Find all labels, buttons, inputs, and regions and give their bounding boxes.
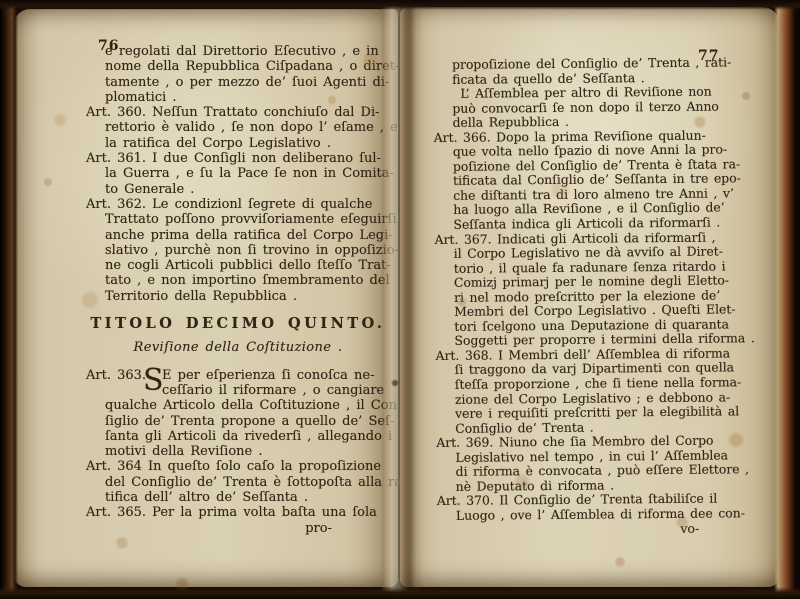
text-line: Art. 365. Per la prima volta baſta una ſ…	[86, 505, 390, 520]
dropcap-paragraph: Art. 363.SE per eſperienza ſi conoſca ne…	[86, 368, 390, 399]
right-fore-edge	[774, 0, 800, 599]
catchword: pro-	[86, 521, 390, 536]
text-line: qualche Articolo della Coſtituzione , il…	[86, 398, 390, 413]
text-line: tamente , o per mezzo de’ ſuoi Agenti di…	[86, 75, 390, 90]
right-page: 77 propoſizione del Conſiglio de’ Trenta…	[400, 7, 780, 587]
top-book-edge	[0, 0, 800, 10]
left-page: 76 e regolati dal Direttorio Eſecutivo ,…	[14, 9, 398, 587]
text-line: del Conſiglio de’ Trenta è ſottopoſta al…	[86, 475, 390, 490]
text-line: e regolati dal Direttorio Eſecutivo , e …	[86, 44, 390, 59]
left-page-text: e regolati dal Direttorio Eſecutivo , e …	[86, 44, 390, 536]
open-book-photo: 76 e regolati dal Direttorio Eſecutivo ,…	[0, 0, 800, 599]
text-line: slativo , purchè non ſi trovino in oppoſ…	[86, 243, 390, 258]
drop-cap-letter: S	[143, 365, 164, 397]
article-label: Art. 363.	[86, 368, 146, 383]
section-heading: TITOLO DECIMO QUINTO.	[86, 316, 390, 331]
right-page-text: propoſizione del Conſiglio de’ Trenta , …	[433, 55, 775, 538]
text-line: Territorio della Repubblica .	[86, 289, 390, 304]
text-line: plomatici .	[86, 90, 390, 105]
left-binding-edge	[0, 0, 18, 599]
text-line: la ratifica del Corpo Legislativo .	[86, 136, 390, 151]
text-line: ne cogli Articoli pubblici dello ſteſſo …	[86, 258, 390, 273]
text-line: tifica dell’ altro de’ Seſſanta .	[86, 490, 390, 505]
text-line: to Generale .	[86, 182, 390, 197]
bottom-book-edge	[0, 587, 800, 599]
text-line: tato , e non importino ſmembramento del	[86, 273, 390, 288]
catchword: vo-	[437, 521, 775, 538]
text-line: Luogo , ove l’ Aſſemblea di riforma dee …	[437, 506, 775, 523]
section-subheading: Reviſione della Coſtituzione .	[86, 340, 390, 355]
text-line: ſiglio de’ Trenta propone a quello de’ S…	[86, 414, 390, 429]
text-line: Art. 360. Neſſun Trattato conchiuſo dal …	[86, 105, 390, 120]
text-line: ceſſario il riformare , o cangiare	[86, 383, 390, 398]
text-line: Trattato poſſono provviſoriamente eſegui…	[86, 212, 390, 227]
text-line: Art. 364 In queſto ſolo caſo la propoſiz…	[86, 459, 390, 474]
text-line: ſanta gli Articoli da rivederſi , allega…	[86, 429, 390, 444]
text-line: Art. 361. I due Conſigli non deliberano …	[86, 151, 390, 166]
text-line: anche prima della ratifica del Corpo Leg…	[86, 228, 390, 243]
text-line: Art. 362. Le condizionl ſegrete di qualc…	[86, 197, 390, 212]
text-line: la Guerra , e ſu la Pace ſe non in Comit…	[86, 166, 390, 181]
text-line: nome della Repubblica Ciſpadana , o dire…	[86, 59, 390, 74]
text-line: motivi della Reviſione .	[86, 444, 390, 459]
text-line: rettorio è valido , ſe non dopo l’ eſame…	[86, 120, 390, 135]
text-line: vere i requiſiti preſcritti per la elegi…	[436, 404, 774, 421]
